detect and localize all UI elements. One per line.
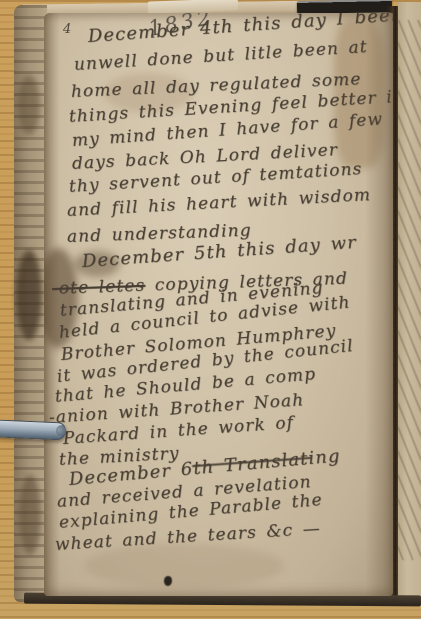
metal-clip-tip xyxy=(56,425,66,436)
page-number: 4 xyxy=(63,22,71,37)
book-binding-strip xyxy=(297,0,392,14)
page-left-shade xyxy=(44,13,60,596)
handwritten-text: 4 1832 December 4th this day I been unwe… xyxy=(44,13,393,596)
adjacent-page-faint-writing xyxy=(398,20,421,560)
journal-page: 4 1832 December 4th this day I been unwe… xyxy=(44,13,393,596)
edge-stain xyxy=(16,250,42,340)
adjacent-page xyxy=(398,2,421,606)
metal-clip xyxy=(0,420,66,441)
edge-stain xyxy=(19,475,41,555)
edge-stain xyxy=(18,75,40,135)
manuscript-photo: 4 1832 December 4th this day I been unwe… xyxy=(0,0,421,619)
page-fold-shade xyxy=(365,13,393,596)
ink-blot xyxy=(164,576,172,586)
page-stack-left-edge xyxy=(14,5,47,602)
